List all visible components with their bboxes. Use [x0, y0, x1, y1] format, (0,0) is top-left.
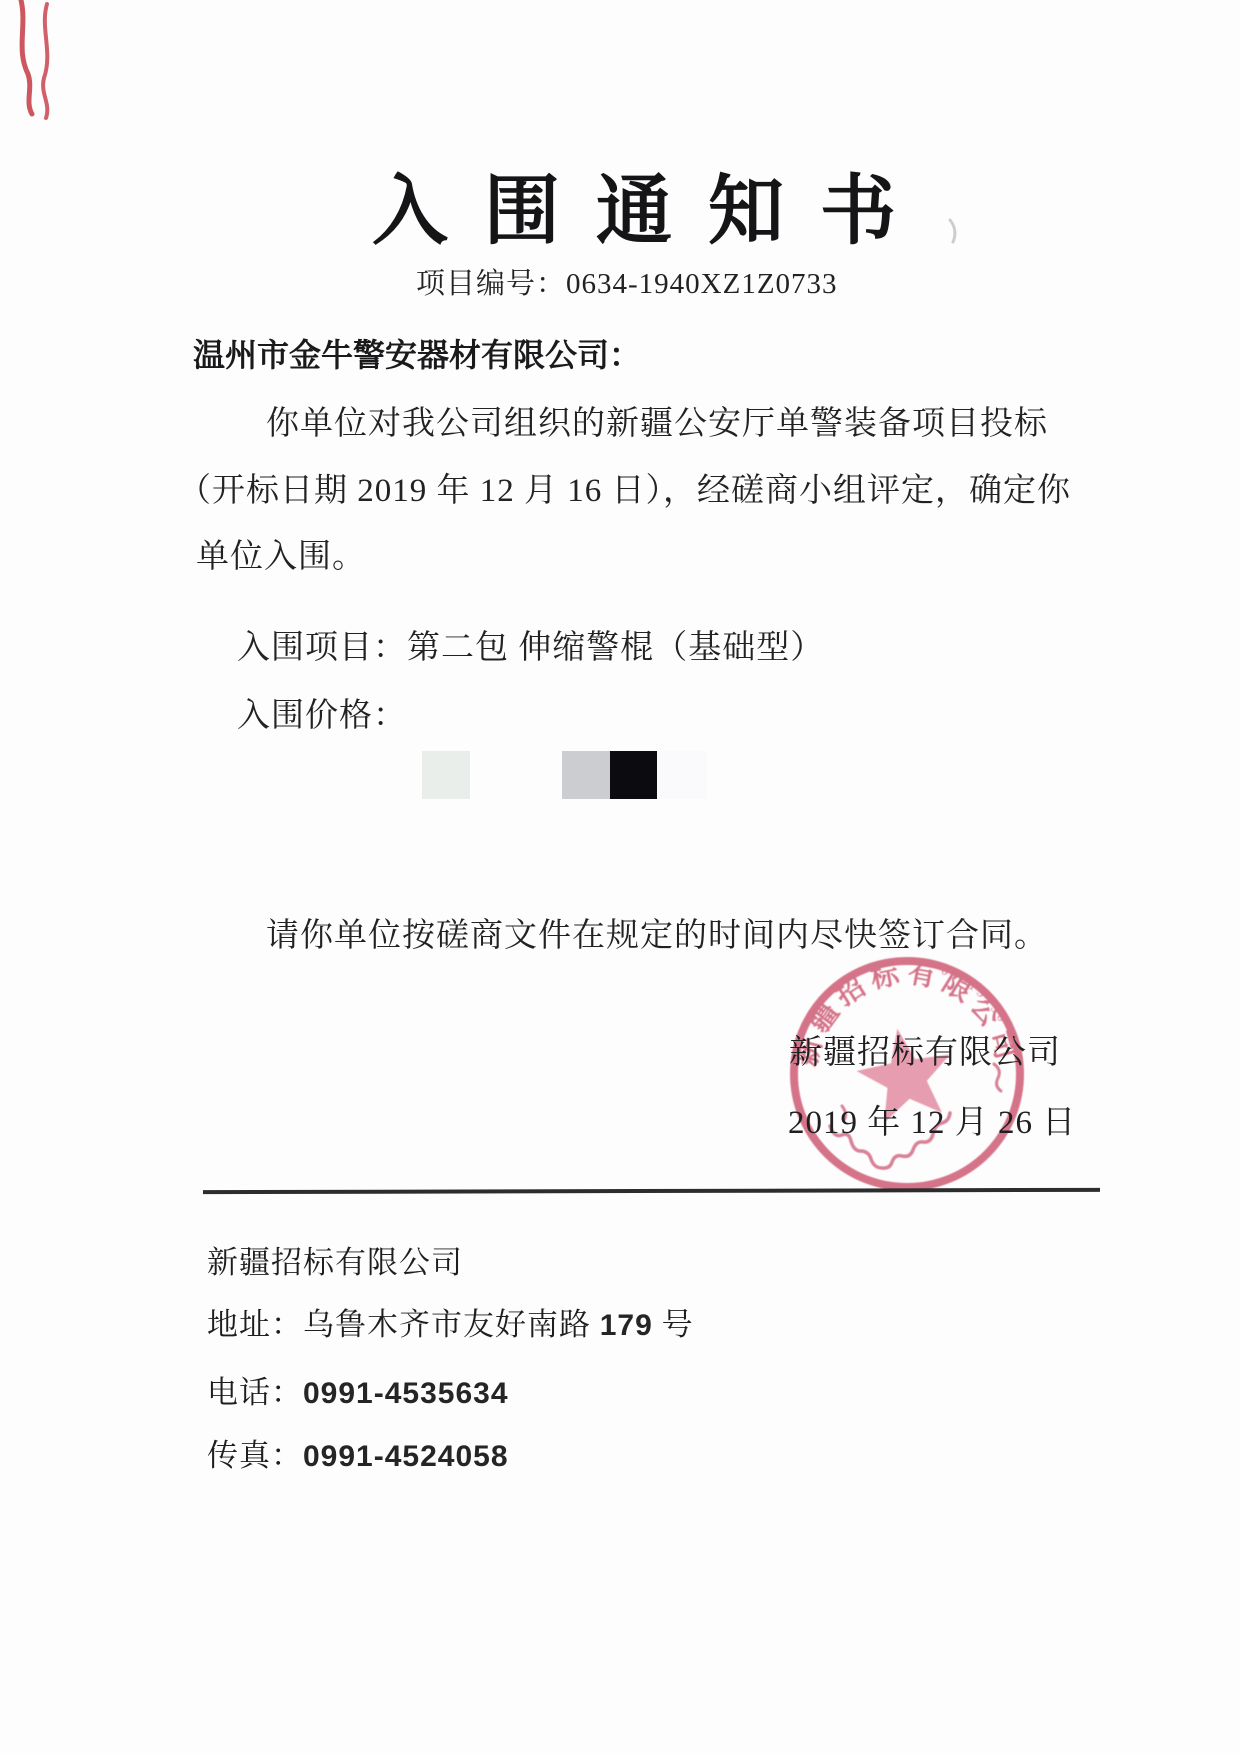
- address-suffix: 号: [653, 1307, 694, 1342]
- document-title: 入围通知书: [372, 150, 932, 259]
- fax-number: 0991-4524058: [303, 1440, 509, 1473]
- body-line: 你单位对我公司组织的新疆公安厅单警装备项目投标: [266, 397, 1048, 444]
- signature-date: 2019 年 12 月 26 日: [788, 1096, 1076, 1143]
- shortlist-project-line: 入围项目：第二包 伸缩警棍（基础型）: [237, 621, 824, 668]
- red-pen-marks: [6, 0, 70, 124]
- footer-phone-line: 电话：0991-4535634: [207, 1367, 509, 1412]
- footer-fax-line: 传真：0991-4524058: [207, 1430, 509, 1475]
- recipient-company: 温州市金牛警安器材有限公司：: [193, 330, 641, 376]
- redaction-block: [610, 751, 657, 799]
- phone-label: 电话：: [207, 1375, 303, 1410]
- signature-company: 新疆招标有限公司: [789, 1026, 1061, 1073]
- body-line: 单位入围。: [196, 530, 366, 577]
- gray-stray-mark: [946, 218, 962, 246]
- redaction-block: [657, 751, 707, 799]
- redaction-block: [562, 751, 610, 799]
- address-number: 179: [600, 1309, 653, 1342]
- project-number-label: 项目编号：: [416, 268, 566, 300]
- project-number-value: 0634-1940XZ1Z0733: [566, 268, 838, 300]
- scanned-notice-document: 入围通知书 项目编号：0634-1940XZ1Z0733 温州市金牛警安器材有限…: [0, 0, 1240, 1753]
- fax-label: 传真：: [207, 1438, 303, 1473]
- project-number-line: 项目编号：0634-1940XZ1Z0733: [416, 261, 838, 302]
- phone-number: 0991-4535634: [303, 1377, 509, 1410]
- redaction-block: [422, 751, 470, 799]
- footer-company: 新疆招标有限公司: [207, 1237, 463, 1282]
- footer-address-line: 地址：乌鲁木齐市友好南路 179 号: [207, 1299, 694, 1344]
- official-seal-stamp: 新疆招标有限公司 01013250: [780, 946, 1040, 1206]
- shortlist-price-label: 入围价格：: [237, 689, 407, 736]
- address-city: 乌鲁木齐市友好南路: [303, 1307, 600, 1342]
- body-line: （开标日期 2019 年 12 月 16 日），经磋商小组评定，确定你: [178, 464, 1071, 511]
- address-label: 地址：: [207, 1307, 303, 1342]
